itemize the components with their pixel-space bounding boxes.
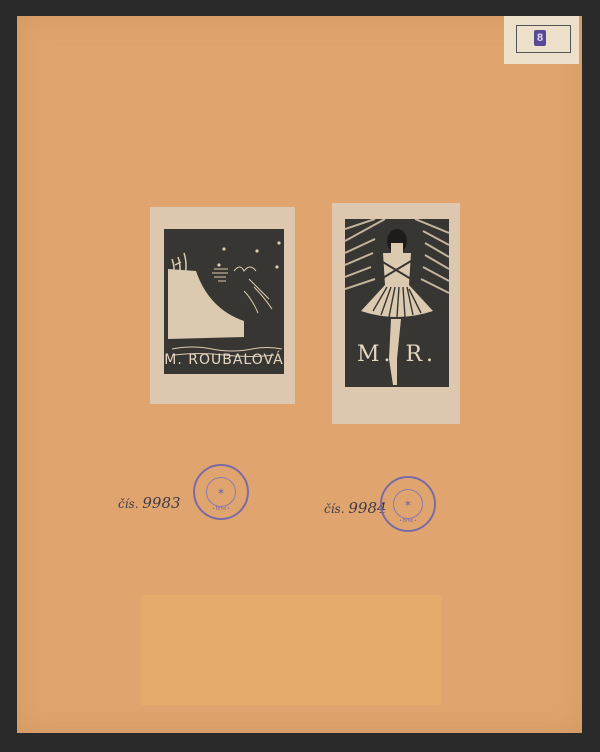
inventory-number-2: čís. 9984 xyxy=(324,499,387,517)
woodcut-print-2: M. R. xyxy=(345,219,449,387)
inventory-prefix-1: čís. xyxy=(118,497,139,511)
museum-stamp-2: ✶ • Brno • xyxy=(380,476,436,532)
print-mount-2: M. R. xyxy=(332,203,460,424)
faded-paper-patch xyxy=(141,595,442,705)
inventory-number-1: čís. 9983 xyxy=(118,494,181,512)
museum-stamp-1: ✶ • Brno • xyxy=(193,464,249,520)
print-mount-1: M. ROUBALOVÁ xyxy=(150,207,295,404)
inventory-value-1: 9983 xyxy=(142,494,180,512)
stamp-emblem-icon: ✶ xyxy=(206,477,236,507)
stamp-text-1: • Brno • xyxy=(195,506,247,512)
print-caption-2: M. R. xyxy=(345,342,449,367)
label-frame: 8 xyxy=(516,25,571,53)
print-caption-1: M. ROUBALOVÁ xyxy=(164,352,284,368)
stamp-text-2: • Brno • xyxy=(382,518,434,524)
woodcut-print-1: M. ROUBALOVÁ xyxy=(164,229,284,374)
corner-label: 8 xyxy=(504,16,579,64)
stamp-emblem-icon: ✶ xyxy=(393,489,423,519)
inventory-prefix-2: čís. xyxy=(324,502,345,516)
catalog-mark: 8 xyxy=(534,30,546,46)
